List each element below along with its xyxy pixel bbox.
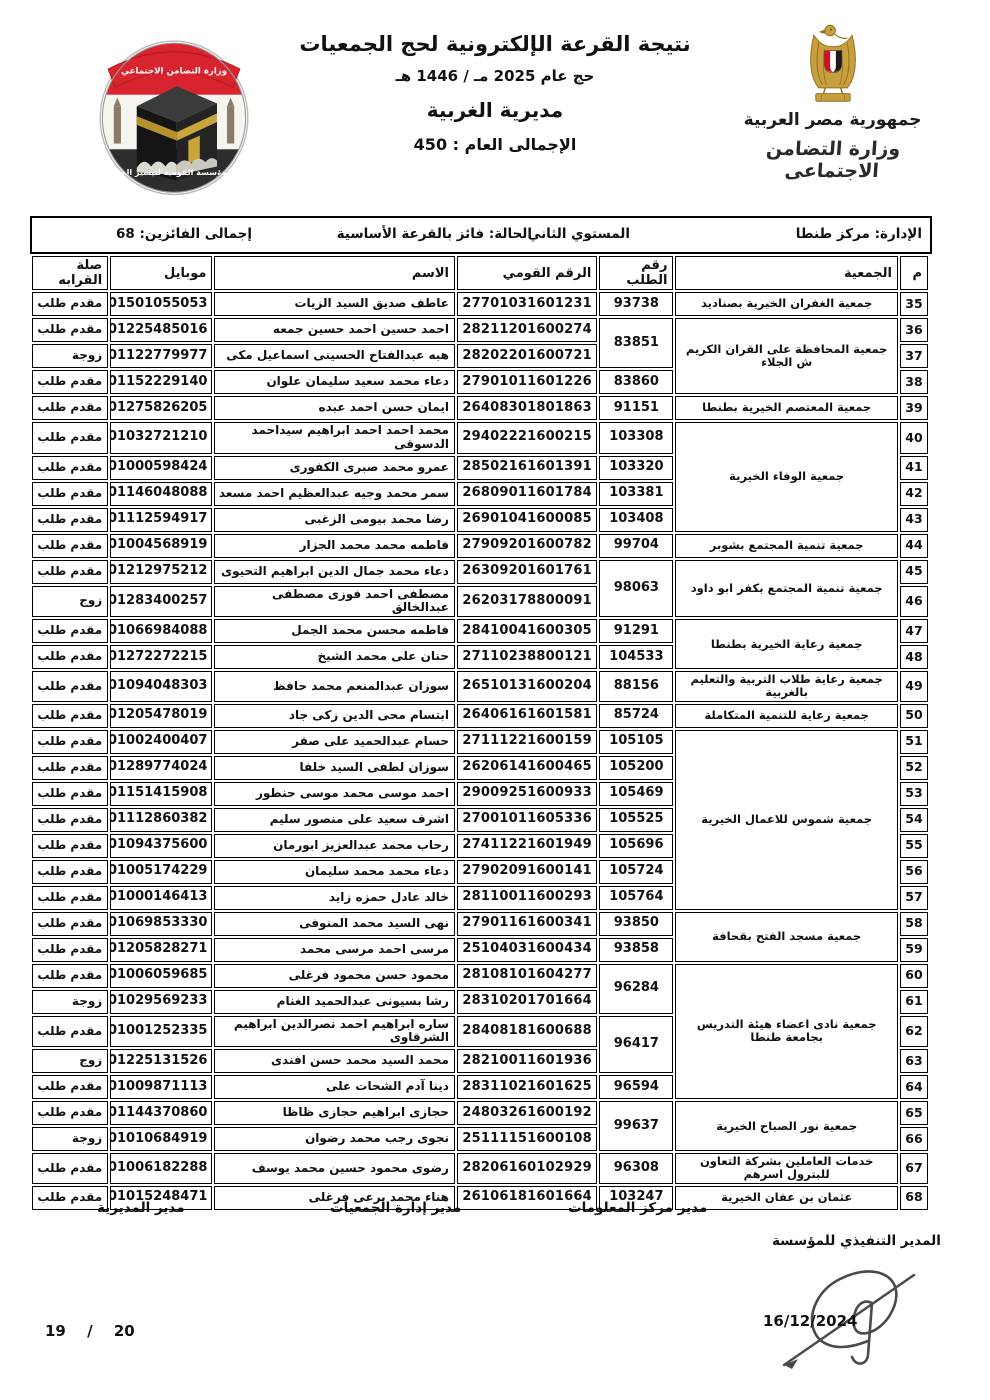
national-id-cell: 27411221601949 [457,834,597,858]
req-cell: 105105 [599,730,673,754]
mobile-cell: 01275826205 [110,396,212,420]
national-id-cell: 28211201600274 [457,318,597,342]
national-id-cell: 28502161601391 [457,456,597,480]
assoc-cell: جمعية مسجد الفتح بقحافة [675,912,898,962]
name-cell: دعاء محمد محمد سليمان [214,860,455,884]
national-id-cell: 26203178800091 [457,586,597,618]
mobile-cell: 01000146413 [110,886,212,910]
total-winners-label: إجمالى الفائزين: [140,226,252,242]
req-cell: 96308 [599,1153,673,1183]
req-cell: 98063 [599,560,673,618]
no-cell: 61 [900,990,928,1014]
assoc-cell: جمعية رعاية الخيرية بطنطا [675,619,898,669]
relation-cell: مقدم طلب [32,964,108,988]
relation-cell: مقدم طلب [32,534,108,558]
national-id-cell: 28206160102929 [457,1153,597,1183]
col-header-national-id: الرقم القومي [457,256,597,290]
mobile-cell: 01151415908 [110,782,212,806]
assoc-cell: جمعية المحافظة على القران الكريم ش الجلا… [675,318,898,394]
no-cell: 38 [900,370,928,394]
no-cell: 64 [900,1075,928,1099]
mobile-cell: 01152229140 [110,370,212,394]
name-cell: عمرو محمد صبرى الكفورى [214,456,455,480]
relation-cell: زوجة [32,344,108,368]
national-id-cell: 25111151600108 [457,1127,597,1151]
relation-cell: زوجة [32,1127,108,1151]
results-table: م الجمعية رقم الطلب الرقم القومي الاسم م… [30,254,930,1212]
total-winners-field: إجمالى الفائزين: 68 [106,218,252,251]
mobile-cell: 01225485016 [110,318,212,342]
table-row: 36جمعية المحافظة على القران الكريم ش الج… [32,318,928,342]
mobile-cell: 01029569233 [110,990,212,1014]
document-header: وزارة التضامن الاجتماعي المؤسسة القومية … [0,20,990,205]
relation-cell: مقدم طلب [32,645,108,669]
national-id-cell: 28108101604277 [457,964,597,988]
mobile-cell: 01004568919 [110,534,212,558]
relation-cell: زوج [32,586,108,618]
table-row: 50جمعية رعاية للتنمية المتكاملة857242640… [32,704,928,728]
assoc-cell: جمعية تنمية المجتمع بشوبر [675,534,898,558]
relation-cell: مقدم طلب [32,704,108,728]
name-cell: عاطف صديق السيد الزيات [214,292,455,316]
national-id-cell: 29009251600933 [457,782,597,806]
administration-label: الإدارة: [875,226,922,242]
table-row: 45جمعية تنمية المجتمع بكفر ابو داود98063… [32,560,928,584]
req-cell: 105724 [599,860,673,884]
assoc-cell: جمعية تنمية المجتمع بكفر ابو داود [675,560,898,618]
req-cell: 105696 [599,834,673,858]
no-cell: 43 [900,508,928,532]
name-cell: حسام عبدالحميد على صقر [214,730,455,754]
administration-field: الإدارة: مركز طنطا [774,218,922,251]
assoc-cell: جمعية المعتصم الخيرية بطنطا [675,396,898,420]
table-row: 67خدمات العاملين بشركة التعاون للبترول ا… [32,1153,928,1183]
mobile-cell: 01094048303 [110,671,212,701]
name-cell: سوزان لطفى السيد خلفا [214,756,455,780]
col-header-name: الاسم [214,256,455,290]
national-id-cell: 27701031601231 [457,292,597,316]
col-header-relation: صلة القرابه [32,256,108,290]
national-id-cell: 26901041600085 [457,508,597,532]
no-cell: 60 [900,964,928,988]
no-cell: 53 [900,782,928,806]
col-header-association: الجمعية [675,256,898,290]
assoc-cell: جمعية شموس للاعمال الخيرية [675,730,898,910]
no-cell: 62 [900,1016,928,1048]
name-cell: محمد احمد احمد ابراهيم سيداحمد الدسوقى [214,422,455,454]
info-center-manager-label: مدير مركز المعلومات [568,1200,707,1216]
mobile-cell: 01002400407 [110,730,212,754]
req-cell: 105200 [599,756,673,780]
national-id-cell: 28310201701664 [457,990,597,1014]
no-cell: 40 [900,422,928,454]
relation-cell: مقدم طلب [32,1016,108,1048]
relation-cell: مقدم طلب [32,370,108,394]
name-cell: دعاء محمد سعيد سليمان علوان [214,370,455,394]
no-cell: 41 [900,456,928,480]
national-id-cell: 27909201600782 [457,534,597,558]
relation-cell: مقدم طلب [32,756,108,780]
mobile-cell: 01122779977 [110,344,212,368]
req-cell: 99704 [599,534,673,558]
relation-cell: مقدم طلب [32,860,108,884]
country-name: جمهورية مصر العربية [720,110,945,130]
signatures-row: مدير المديرية مدير إدارة الجمعيات مدير م… [0,1183,990,1383]
page-title: نتيجة القرعة الإلكترونية لحج الجمعيات [275,32,715,56]
req-cell: 96594 [599,1075,673,1099]
no-cell: 54 [900,808,928,832]
relation-cell: مقدم طلب [32,808,108,832]
name-cell: مرسى احمد مرسى محمد [214,938,455,962]
hajj-foundation-logo-graphic: وزارة التضامن الاجتماعي المؤسسة القومية … [88,26,260,198]
status-field: الحالة: فائز بالقرعة الأساسية [327,218,532,251]
ministry-name: وزارة التضامن الاجتماعى [718,138,946,182]
name-cell: ايمان حسن احمد عبده [214,396,455,420]
national-id-cell: 28202201600721 [457,344,597,368]
name-cell: فاطمه محمد محمد الجزار [214,534,455,558]
req-cell: 103320 [599,456,673,480]
no-cell: 63 [900,1049,928,1073]
national-id-cell: 27110238800121 [457,645,597,669]
relation-cell: مقدم طلب [32,938,108,962]
national-id-cell: 26408301801863 [457,396,597,420]
assoc-cell: جمعية الغفران الخيرية بصناديد [675,292,898,316]
mobile-cell: 01094375600 [110,834,212,858]
national-id-cell: 27902091600141 [457,860,597,884]
grand-total: الإجمالى العام : 450 [275,135,715,154]
page-separator: / [87,1322,92,1340]
status-value: فائز بالقرعة الأساسية [337,226,485,242]
national-id-cell: 24803261600192 [457,1101,597,1125]
national-id-cell: 28110011600293 [457,886,597,910]
relation-cell: مقدم طلب [32,396,108,420]
mobile-cell: 01146048088 [110,482,212,506]
req-cell: 103381 [599,482,673,506]
mobile-cell: 01066984088 [110,619,212,643]
national-id-cell: 26510131600204 [457,671,597,701]
no-cell: 51 [900,730,928,754]
mobile-cell: 01144370860 [110,1101,212,1125]
name-cell: هبه عبدالفتاح الحسينى اسماعيل مكى [214,344,455,368]
name-cell: ساره ابراهيم احمد نصرالدين ابراهيم الشرق… [214,1016,455,1048]
mobile-cell: 01005174229 [110,860,212,884]
relation-cell: مقدم طلب [32,456,108,480]
name-cell: احمد حسين احمد حسين جمعه [214,318,455,342]
national-id-cell: 28410041600305 [457,619,597,643]
national-id-cell: 28210011601936 [457,1049,597,1073]
level-field: المستوي الثاني [527,218,630,251]
assoc-cell: جمعية رعاية للتنمية المتكاملة [675,704,898,728]
hajj-foundation-logo: وزارة التضامن الاجتماعي المؤسسة القومية … [88,26,260,198]
table-row: 49جمعية رعاية طلاب التربية والتعليم بالغ… [32,671,928,701]
name-cell: رحاب محمد عبدالعزيز ابورمان [214,834,455,858]
page-number: 19 / 20 [45,1322,151,1340]
mobile-cell: 01272272215 [110,645,212,669]
col-header-mobile: موبايل [110,256,212,290]
relation-cell: مقدم طلب [32,782,108,806]
req-cell: 93738 [599,292,673,316]
national-id-cell: 26309201601761 [457,560,597,584]
logo-top-ribbon-text: وزارة التضامن الاجتماعي [121,66,227,76]
relation-cell: مقدم طلب [32,508,108,532]
results-table-body: 35جمعية الغفران الخيرية بصناديد937382770… [32,292,928,1210]
logo-bottom-ribbon-text: المؤسسة القومية لتيسير الحج [115,168,234,177]
national-id-cell: 26406161601581 [457,704,597,728]
national-id-cell: 28408181600688 [457,1016,597,1048]
national-id-cell: 29402221600215 [457,422,597,454]
name-cell: محمود حسن محمود فرغلى [214,964,455,988]
name-cell: نهى السيد محمد المنوفى [214,912,455,936]
no-cell: 55 [900,834,928,858]
req-cell: 105764 [599,886,673,910]
no-cell: 36 [900,318,928,342]
national-id-cell: 25104031600434 [457,938,597,962]
directorate-title: مديرية الغربية [275,98,715,122]
name-cell: دعاء محمد جمال الدين ابراهيم التحيوى [214,560,455,584]
no-cell: 56 [900,860,928,884]
relation-cell: مقدم طلب [32,834,108,858]
mobile-cell: 01006182288 [110,1153,212,1183]
name-cell: سوزان عبدالمنعم محمد حافظ [214,671,455,701]
page-total: 20 [114,1322,135,1340]
mobile-cell: 01225131526 [110,1049,212,1073]
mobile-cell: 01501055053 [110,292,212,316]
req-cell: 104533 [599,645,673,669]
mobile-cell: 01032721210 [110,422,212,454]
no-cell: 42 [900,482,928,506]
req-cell: 91151 [599,396,673,420]
req-cell: 96284 [599,964,673,1014]
no-cell: 39 [900,396,928,420]
national-id-cell: 26206141600465 [457,756,597,780]
req-cell: 83860 [599,370,673,394]
directorate-manager-label: مدير المديرية [97,1200,185,1216]
name-cell: محمد السيد محمد حسن افندى [214,1049,455,1073]
assoc-cell: جمعية رعاية طلاب التربية والتعليم بالغرب… [675,671,898,701]
name-cell: حجازى ابراهيم حجازى ظاظا [214,1101,455,1125]
mobile-cell: 01212975212 [110,560,212,584]
req-cell: 103308 [599,422,673,454]
req-cell: 93858 [599,938,673,962]
associations-dept-manager-label: مدير إدارة الجمعيات [330,1200,461,1216]
executive-manager-label: المدير التنفيذي للمؤسسة [772,1233,941,1249]
relation-cell: مقدم طلب [32,422,108,454]
egypt-eagle-emblem-icon [797,20,869,106]
name-cell: حنان على محمد الشيخ [214,645,455,669]
name-cell: احمد موسى محمد موسى حنطور [214,782,455,806]
name-cell: نجوى رجب محمد رضوان [214,1127,455,1151]
state-emblem-block: جمهورية مصر العربية وزارة التضامن الاجتم… [720,20,945,182]
name-cell: رضوى محمود حسين محمد يوسف [214,1153,455,1183]
assoc-cell: جمعية نور الصباح الخيرية [675,1101,898,1151]
assoc-cell: جمعية الوفاء الخيرية [675,422,898,532]
req-cell: 105525 [599,808,673,832]
no-cell: 67 [900,1153,928,1183]
table-row: 39جمعية المعتصم الخيرية بطنطا91151264083… [32,396,928,420]
mobile-cell: 01112594917 [110,508,212,532]
mobile-cell: 01000598424 [110,456,212,480]
document-date: 16/12/2024 [763,1312,857,1330]
mobile-cell: 01010684919 [110,1127,212,1151]
req-cell: 96417 [599,1016,673,1074]
no-cell: 65 [900,1101,928,1125]
table-row: 60جمعية نادى اعضاء هيئة التدريس بجامعة ط… [32,964,928,988]
relation-cell: مقدم طلب [32,318,108,342]
req-cell: 88156 [599,671,673,701]
relation-cell: مقدم طلب [32,671,108,701]
no-cell: 37 [900,344,928,368]
req-cell: 105469 [599,782,673,806]
req-cell: 99637 [599,1101,673,1151]
req-cell: 103408 [599,508,673,532]
status-label: الحالة: [489,226,532,242]
no-cell: 48 [900,645,928,669]
hajj-year-subtitle: حج عام 2025 مـ / 1446 هـ [275,67,715,85]
table-row: 58جمعية مسجد الفتح بقحافة938502790116160… [32,912,928,936]
req-cell: 93850 [599,912,673,936]
no-cell: 35 [900,292,928,316]
mobile-cell: 01001252335 [110,1016,212,1048]
no-cell: 50 [900,704,928,728]
no-cell: 58 [900,912,928,936]
relation-cell: مقدم طلب [32,886,108,910]
name-cell: مصطفى احمد فوزى مصطفى عبدالخالق [214,586,455,618]
name-cell: اشرف سعيد على منصور سليم [214,808,455,832]
no-cell: 44 [900,534,928,558]
relation-cell: زوجة [32,990,108,1014]
relation-cell: مقدم طلب [32,482,108,506]
name-cell: فاطمه محسن محمد الجمل [214,619,455,643]
col-header-serial: م [900,256,928,290]
mobile-cell: 01006059685 [110,964,212,988]
document-page: وزارة التضامن الاجتماعي المؤسسة القومية … [0,0,990,1400]
total-winners-value: 68 [116,226,135,242]
assoc-cell: جمعية نادى اعضاء هيئة التدريس بجامعة طنط… [675,964,898,1100]
relation-cell: مقدم طلب [32,1153,108,1183]
relation-cell: زوج [32,1049,108,1073]
national-id-cell: 27901011601226 [457,370,597,394]
req-cell: 85724 [599,704,673,728]
no-cell: 47 [900,619,928,643]
page-current: 19 [45,1322,66,1340]
relation-cell: مقدم طلب [32,292,108,316]
table-row: 65جمعية نور الصباح الخيرية99637248032616… [32,1101,928,1125]
national-id-cell: 27001011605336 [457,808,597,832]
name-cell: رشا بسيونى عبدالحميد الغنام [214,990,455,1014]
assoc-cell: خدمات العاملين بشركة التعاون للبترول اسر… [675,1153,898,1183]
mobile-cell: 01205828271 [110,938,212,962]
no-cell: 52 [900,756,928,780]
national-id-cell: 27111221600159 [457,730,597,754]
name-cell: ابتسام محى الدين زكى جاد [214,704,455,728]
national-id-cell: 27901161600341 [457,912,597,936]
national-id-cell: 26809011601784 [457,482,597,506]
relation-cell: مقدم طلب [32,1075,108,1099]
relation-cell: مقدم طلب [32,619,108,643]
req-cell: 91291 [599,619,673,643]
relation-cell: مقدم طلب [32,730,108,754]
mobile-cell: 01205478019 [110,704,212,728]
table-row: 51جمعية شموس للاعمال الخيرية105105271112… [32,730,928,754]
relation-cell: مقدم طلب [32,1101,108,1125]
relation-cell: مقدم طلب [32,560,108,584]
no-cell: 45 [900,560,928,584]
administration-value: مركز طنطا [796,226,870,242]
col-header-request-no: رقم الطلب [599,256,673,290]
table-header-row: م الجمعية رقم الطلب الرقم القومي الاسم م… [32,256,928,290]
mobile-cell: 01112860382 [110,808,212,832]
relation-cell: مقدم طلب [32,912,108,936]
table-row: 47جمعية رعاية الخيرية بطنطا9129128410041… [32,619,928,643]
info-bar: الإدارة: مركز طنطا المستوي الثاني الحالة… [30,216,932,254]
mobile-cell: 01069853330 [110,912,212,936]
name-cell: سمر محمد وجيه عبدالعظيم احمد مسعد [214,482,455,506]
table-row: 40جمعية الوفاء الخيرية103308294022216002… [32,422,928,454]
table-row: 44جمعية تنمية المجتمع بشوبر9970427909201… [32,534,928,558]
no-cell: 49 [900,671,928,701]
mobile-cell: 01283400257 [110,586,212,618]
name-cell: رضا محمد بيومى الزغبى [214,508,455,532]
mobile-cell: 01009871113 [110,1075,212,1099]
title-block: نتيجة القرعة الإلكترونية لحج الجمعيات حج… [275,32,715,154]
no-cell: 66 [900,1127,928,1151]
mobile-cell: 01289774024 [110,756,212,780]
no-cell: 57 [900,886,928,910]
no-cell: 59 [900,938,928,962]
name-cell: دينا آدم الشحات على [214,1075,455,1099]
no-cell: 46 [900,586,928,618]
req-cell: 83851 [599,318,673,368]
national-id-cell: 28311021601625 [457,1075,597,1099]
table-row: 35جمعية الغفران الخيرية بصناديد937382770… [32,292,928,316]
name-cell: خالد عادل حمزه زايد [214,886,455,910]
